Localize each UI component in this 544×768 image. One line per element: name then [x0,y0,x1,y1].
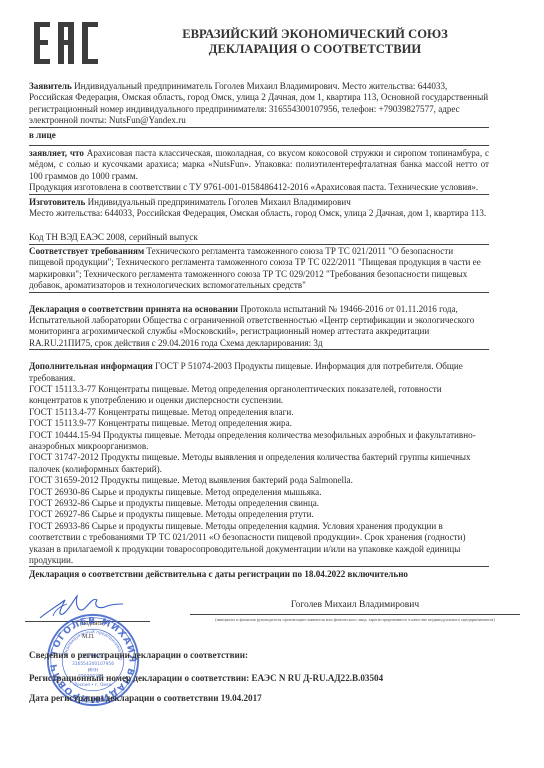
additional-label: Дополнительная информация [29,361,153,371]
standard-line: ГОСТ 26933-86 Сырье и продукты пищевые. … [29,521,489,567]
tu-text: Продукция изготовлена в соответствии с Т… [29,182,489,193]
header-declaration-title: ДЕКЛАРАЦИЯ О СООТВЕТСТВИИ [150,42,480,57]
basis-section: Декларация о соответствии принята на осн… [29,304,489,351]
signer-name: Гоголев Михаил Владимирович [190,600,520,610]
svg-text:316554300107956: 316554300107956 [72,661,114,667]
manufacturer-section: Изготовитель Индивидуальный предпринимат… [29,195,489,220]
registration-date-label: Дата регистрации декларации о соответств… [29,693,218,703]
registration-date-row: Дата регистрации декларации о соответств… [29,693,509,703]
standard-line: ГОСТ 15113.3-77 Концентраты пищевые. Мет… [29,384,489,407]
complies-section: Соответствует требованиям Технического р… [29,245,489,293]
declares-label: заявляет, что [29,148,84,158]
manufacturer-text: Индивидуальный предприниматель Гоголев М… [85,197,351,207]
eac-logo [33,22,103,64]
manufacturer-label: Изготовитель [29,197,85,207]
validity-text: Декларация о соответствии действительна … [29,569,489,580]
represented-section: в лице [29,128,489,146]
header-union-title: ЕВРАЗИЙСКИЙ ЭКОНОМИЧЕСКИЙ СОЮЗ [150,27,480,42]
registration-number-row: Регистрационный номер декларации о соотв… [29,673,509,683]
standard-line: ГОСТ 10444.15-94 Продукты пищевые. Метод… [29,430,489,453]
standard-line: ГОСТ 31659-2012 Продукты пищевые. Метод … [29,475,489,486]
applicant-section: Заявитель Индивидуальный предприниматель… [29,81,489,128]
validity-section: Декларация о соответствии действительна … [29,567,489,580]
eac-logo-icon [33,22,103,64]
declares-section: заявляет, что Арахисовая паста классичес… [29,146,489,195]
standard-line: ГОСТ 26932-86 Сырье и продукты пищевые. … [29,498,489,509]
applicant-label: Заявитель [29,81,72,91]
registration-number: ЕАЭС N RU Д-RU.АД22.В.03504 [252,673,384,683]
signer-name-caption: (инициалы и фамилия руководителя организ… [205,617,505,623]
additional-section: Дополнительная информация ГОСТ Р 51074-2… [29,361,489,567]
declaration-page: ЕВРАЗИЙСКИЙ ЭКОНОМИЧЕСКИЙ СОЮЗ ДЕКЛАРАЦИ… [0,0,544,768]
standard-line: ГОСТ 15113.9-77 Концентраты пищевые. Мет… [29,418,489,429]
basis-label: Декларация о соответствии принята на осн… [29,304,238,314]
declaration-body: Заявитель Индивидуальный предприниматель… [29,81,489,581]
represented-label: в лице [29,130,489,141]
standard-line: ГОСТ 15113.4-77 Концентраты пищевые. Мет… [29,407,489,418]
standard-line: ГОСТ 26927-86 Сырье и продукты пищевые. … [29,509,489,520]
manufacturer-address: Место жительства: 644033, Российская Фед… [29,208,489,219]
complies-label: Соответствует требованиям [29,246,144,256]
registration-date: 19.04.2017 [221,693,262,703]
standard-line: ГОСТ 31747-2012 Продукты пищевые. Методы… [29,452,489,475]
registration-number-label: Регистрационный номер декларации о соотв… [29,673,249,683]
applicant-text: Индивидуальный предприниматель Гоголев М… [29,81,488,125]
registration-info-label: Сведения о регистрации декларации о соот… [29,650,509,660]
code-section: Код ТН ВЭД ЕАЭС 2008, серийный выпуск [29,232,489,244]
code-text: Код ТН ВЭД ЕАЭС 2008, серийный выпуск [29,232,489,243]
standard-line: ГОСТ 26930-86 Сырье и продукты пищевые. … [29,487,489,498]
document-header: ЕВРАЗИЙСКИЙ ЭКОНОМИЧЕСКИЙ СОЮЗ ДЕКЛАРАЦИ… [150,27,480,57]
declares-text: Арахисовая паста классическая, шоколадна… [29,148,489,181]
signer-name-line [190,614,520,615]
